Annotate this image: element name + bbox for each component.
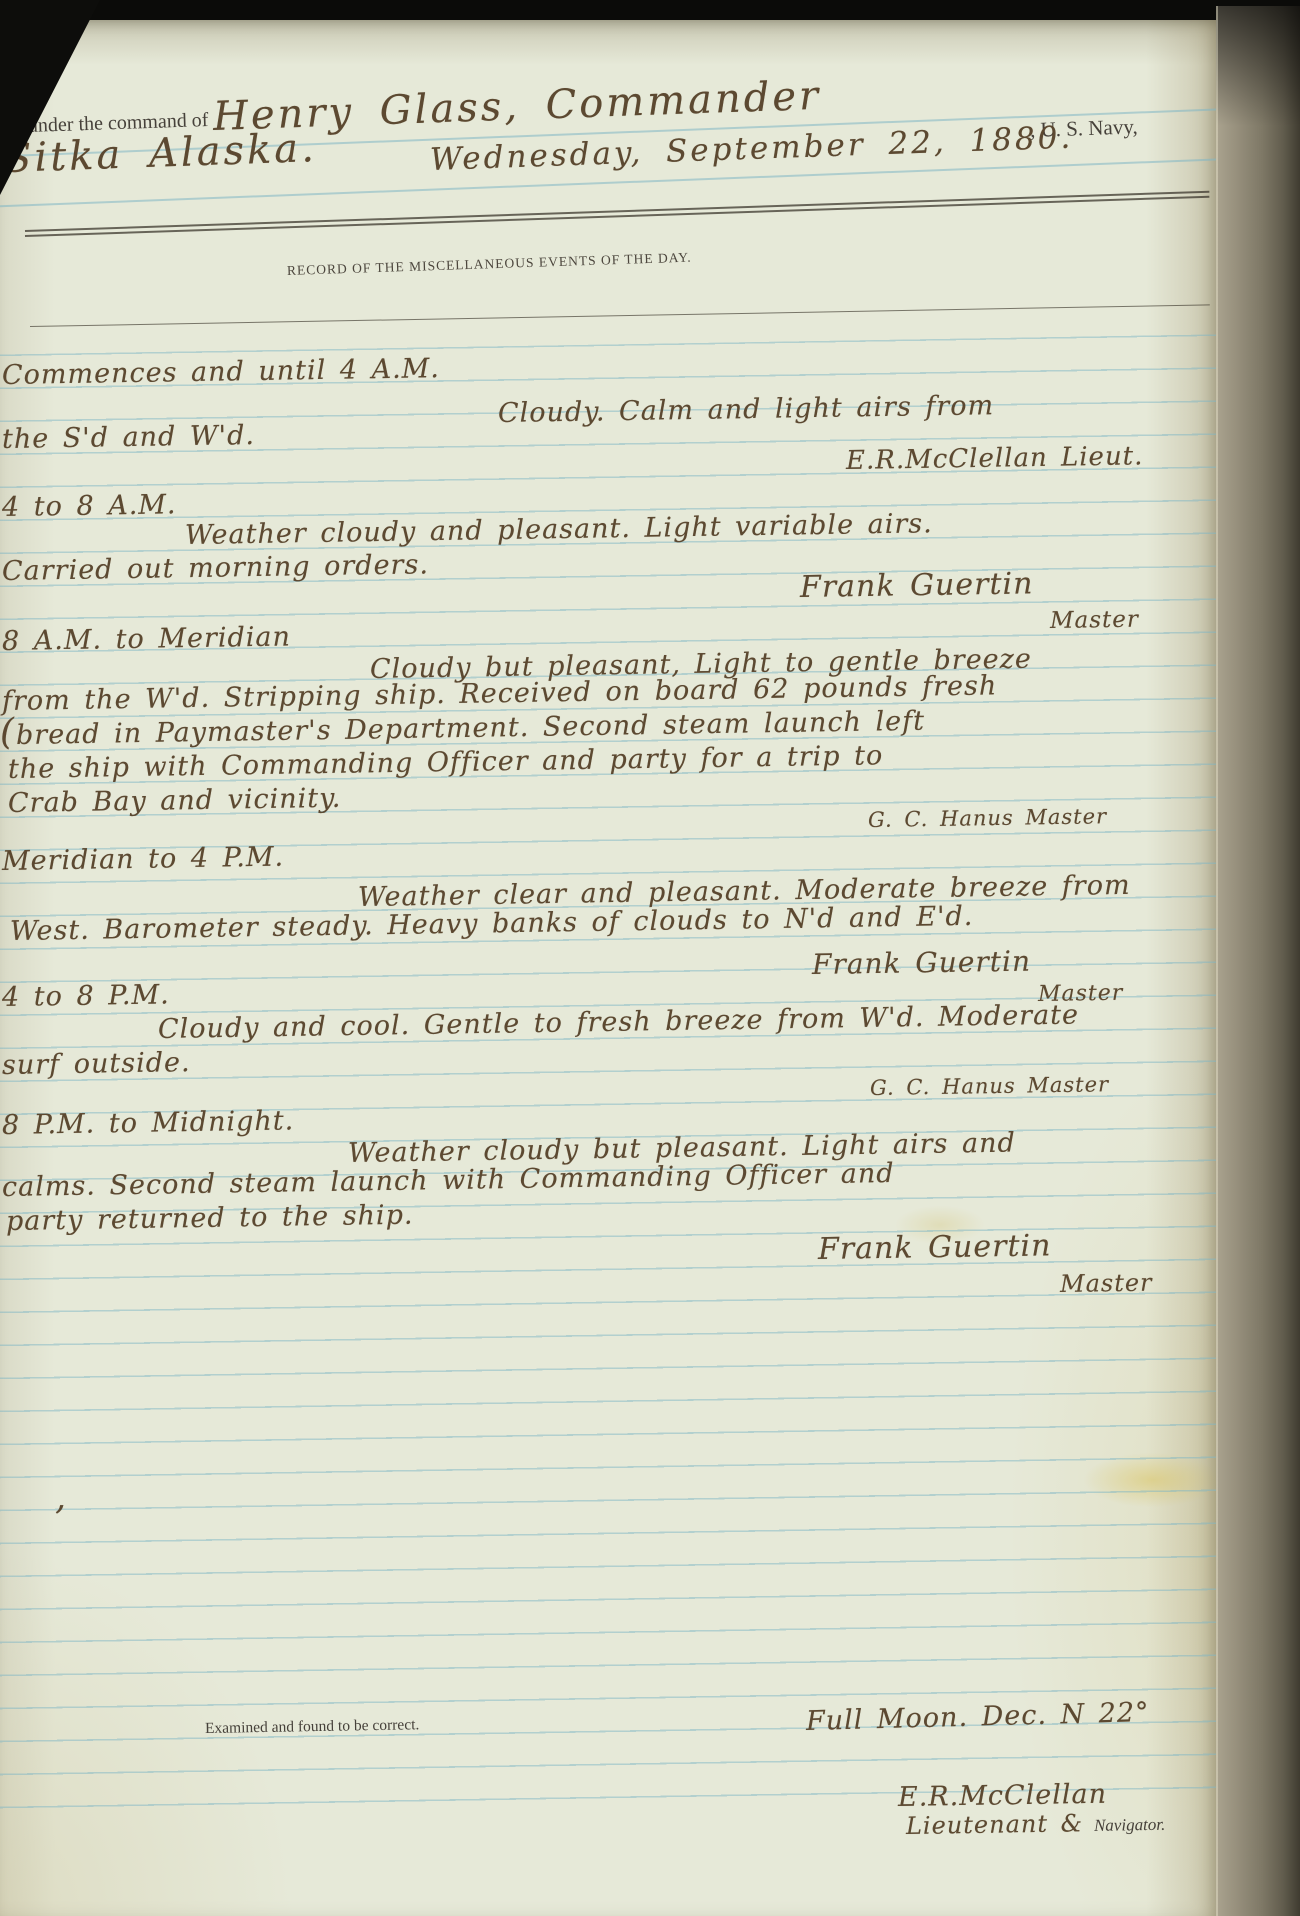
log-line: the S'd and W'd. bbox=[2, 420, 255, 455]
log-line: party returned to the ship. bbox=[6, 1200, 414, 1237]
section-divider-rule bbox=[30, 304, 1210, 327]
watch-signature-1: E.R.McClellan Lieut. bbox=[846, 441, 1144, 476]
station-name: Sitka Alaska. bbox=[3, 125, 317, 182]
watch-heading-6: 8 P.M. to Midnight. bbox=[2, 1105, 295, 1141]
watch-signature-6: Frank Guertin bbox=[818, 1228, 1052, 1267]
watch-signature-2: Frank Guertin bbox=[800, 566, 1034, 605]
stray-ink-mark: , bbox=[55, 1478, 67, 1518]
log-line: surf outside. bbox=[2, 1047, 191, 1081]
watch-signature-6-title: Master bbox=[1060, 1269, 1153, 1298]
section-heading: RECORD OF THE MISCELLANEOUS EVENTS OF TH… bbox=[287, 250, 692, 279]
watch-signature-3: G. C. Hanus Master bbox=[868, 804, 1107, 832]
watch-heading-5: 4 to 8 P.M. bbox=[2, 979, 170, 1013]
logbook-photo: under the command of Henry Glass, Comman… bbox=[0, 0, 1300, 1916]
logbook-page: under the command of Henry Glass, Comman… bbox=[0, 20, 1216, 1916]
margin-ink-mark: ( bbox=[0, 712, 15, 753]
log-line: Crab Bay and vicinity. bbox=[8, 783, 342, 819]
watch-signature-5: G. C. Hanus Master bbox=[870, 1072, 1109, 1100]
navigator-signature-rank: Lieutenant & bbox=[906, 1809, 1083, 1840]
page-edge-highlight bbox=[1216, 6, 1218, 1916]
navigator-signature-name: E.R.McClellan bbox=[898, 1779, 1107, 1813]
watch-heading-4: Meridian to 4 P.M. bbox=[2, 842, 285, 877]
watch-signature-2-title: Master bbox=[1050, 607, 1139, 634]
watch-signature-4: Frank Guertin bbox=[812, 945, 1032, 981]
double-rule-bottom bbox=[25, 196, 1209, 237]
navigator-printed-label: Navigator. bbox=[1094, 1815, 1166, 1836]
book-page-edge bbox=[1216, 6, 1300, 1916]
watch-heading-2: 4 to 8 A.M. bbox=[2, 489, 177, 523]
examined-statement: Examined and found to be correct. bbox=[205, 1716, 420, 1738]
watch-heading-3: 8 A.M. to Meridian bbox=[2, 621, 291, 657]
